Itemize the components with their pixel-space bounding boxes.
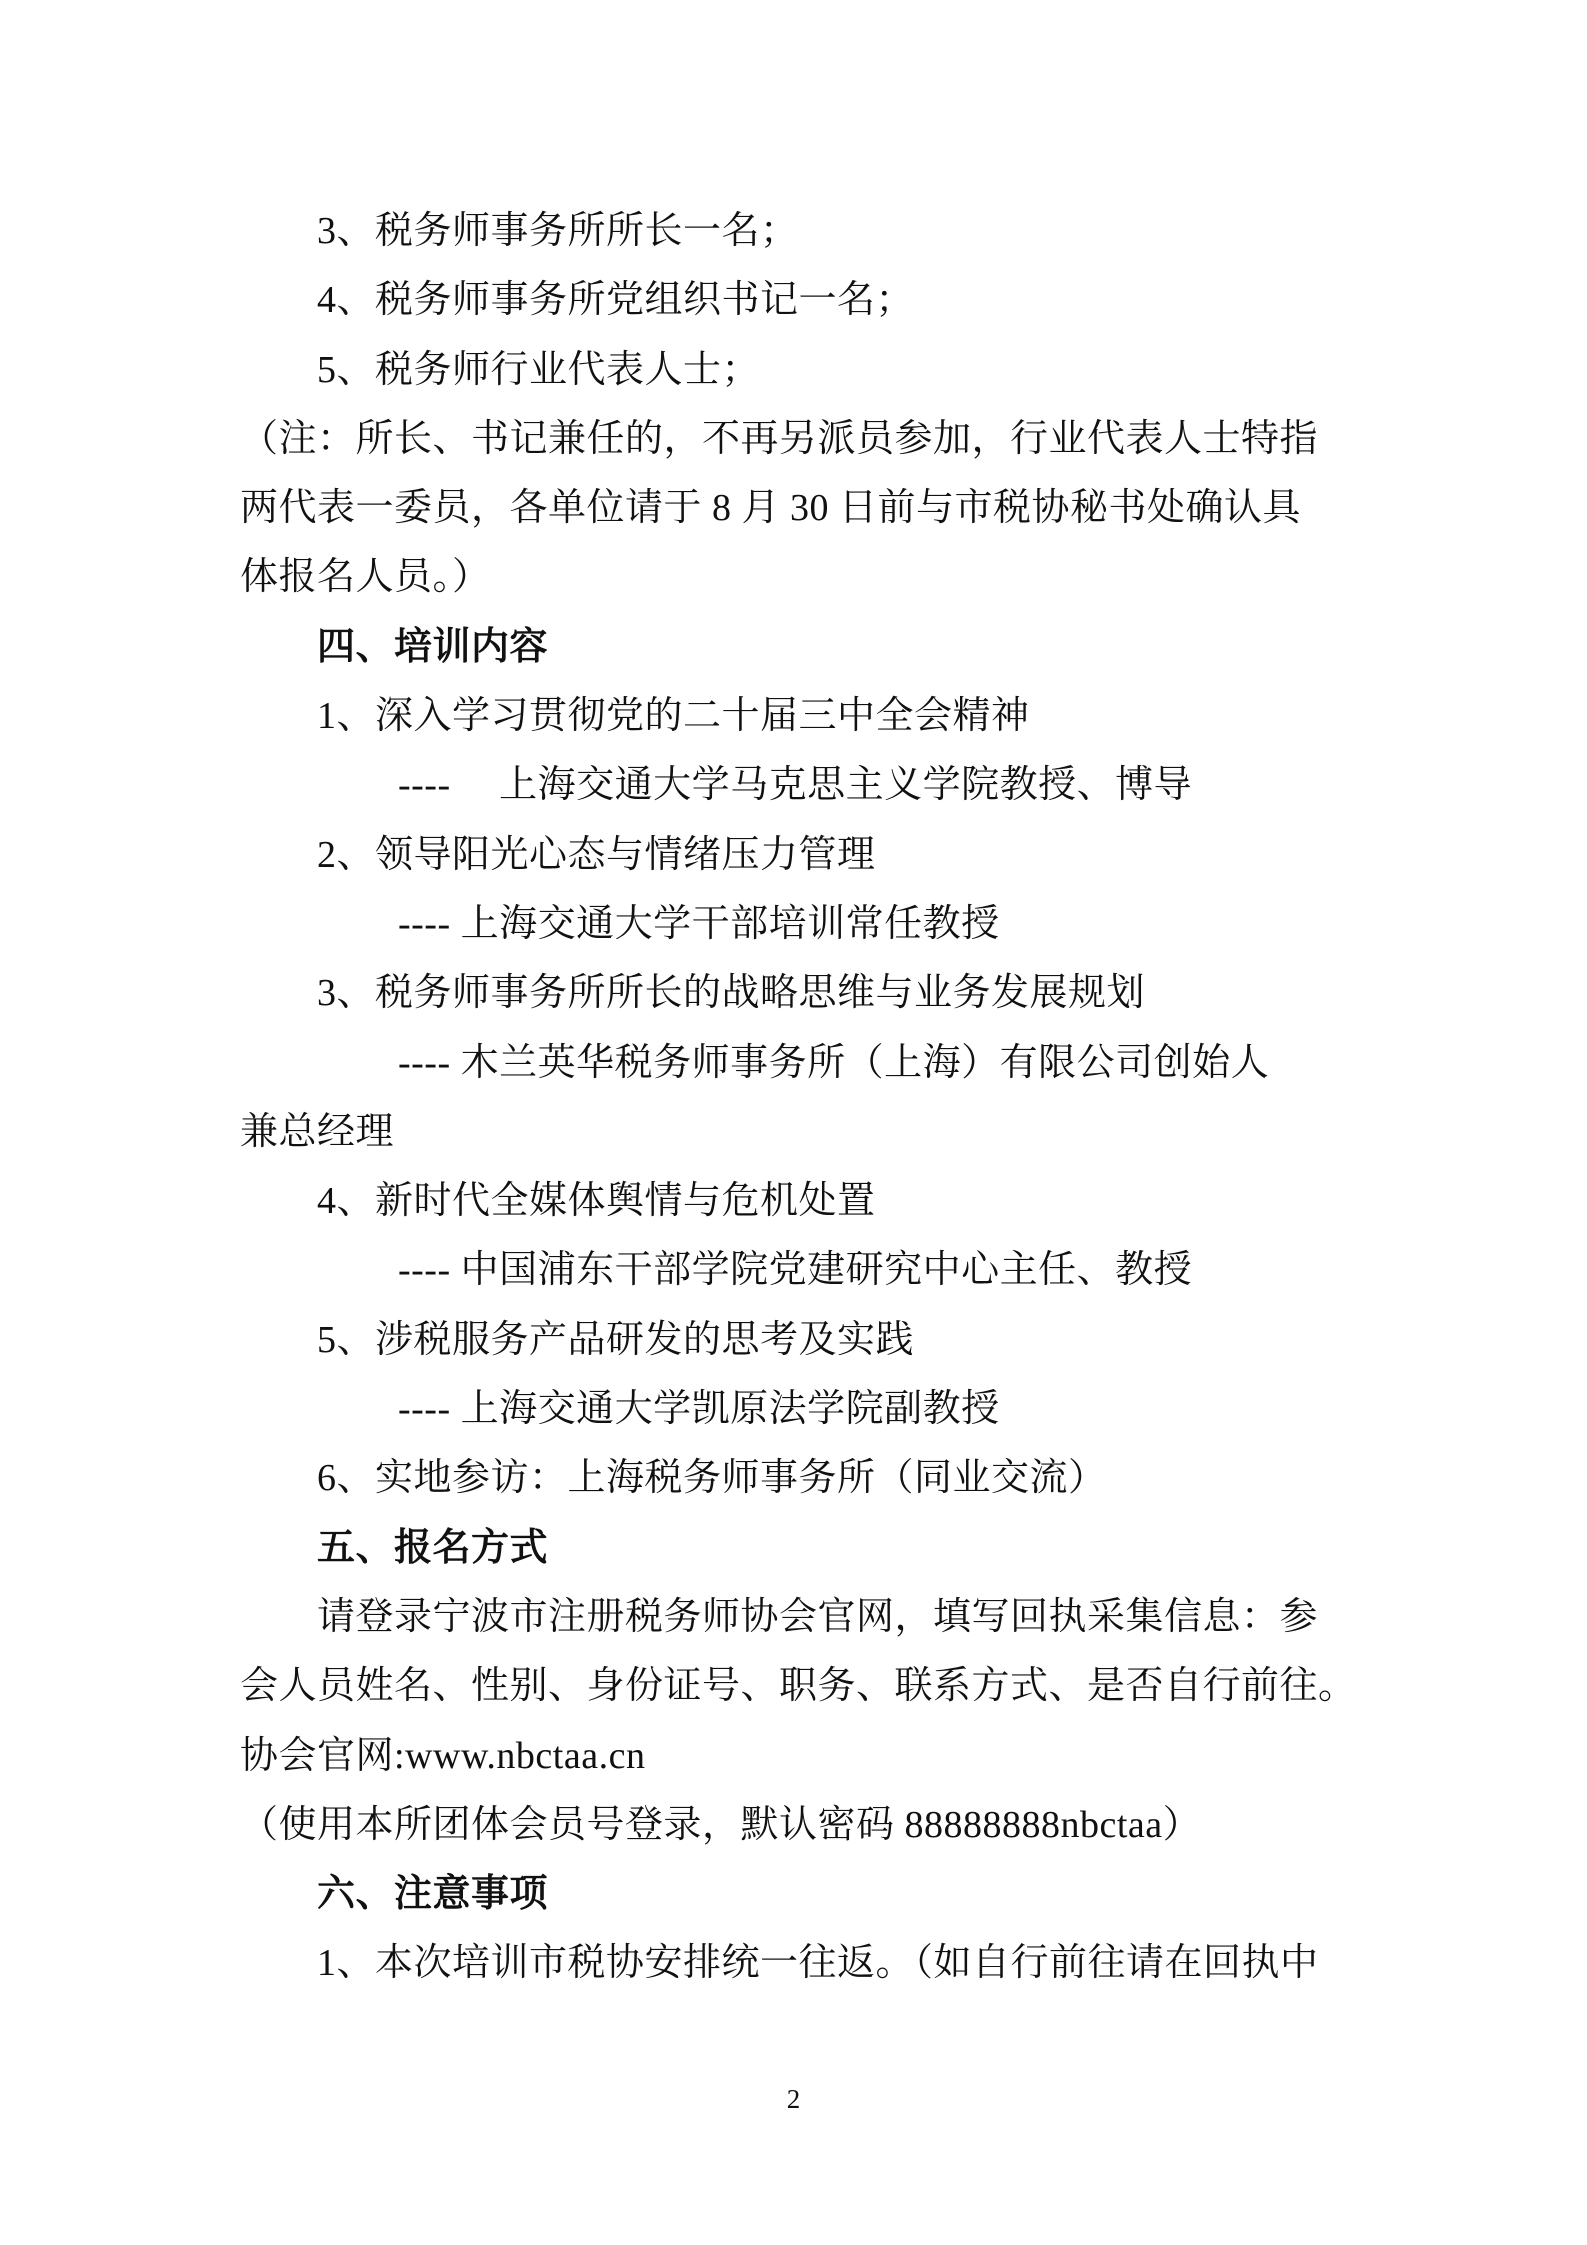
document-line: ---- 上海交通大学凯原法学院副教授 xyxy=(240,1375,1355,1444)
document-line: ---- 木兰英华税务师事务所（上海）有限公司创始人 xyxy=(240,1029,1355,1098)
document-line: 4、税务师事务所党组织书记一名； xyxy=(240,266,1355,335)
document-line: ---- 上海交通大学马克思主义学院教授、博导 xyxy=(240,751,1355,820)
document-line: 1、本次培训市税协安排统一往返。（如自行前往请在回执中 xyxy=(240,1929,1355,1998)
document-line: 6、实地参访：上海税务师事务所（同业交流） xyxy=(240,1444,1355,1513)
document-line: 4、新时代全媒体舆情与危机处置 xyxy=(240,1167,1355,1236)
document-body: 3、税务师事务所所长一名；4、税务师事务所党组织书记一名；5、税务师行业代表人士… xyxy=(240,197,1355,1999)
document-line: （注：所长、书记兼任的，不再另派员参加，行业代表人士特指 xyxy=(240,405,1355,474)
section-heading: 五、报名方式 xyxy=(240,1514,1355,1583)
document-page: 3、税务师事务所所长一名；4、税务师事务所党组织书记一名；5、税务师行业代表人士… xyxy=(0,0,1587,2245)
section-heading: 六、注意事项 xyxy=(240,1860,1355,1929)
document-line: 3、税务师事务所所长一名； xyxy=(240,197,1355,266)
section-heading: 四、培训内容 xyxy=(240,613,1355,682)
document-line: 会人员姓名、性别、身份证号、职务、联系方式、是否自行前往。 xyxy=(240,1652,1355,1721)
document-line: 兼总经理 xyxy=(240,1098,1355,1167)
page-number: 2 xyxy=(0,2083,1587,2115)
document-line: 2、领导阳光心态与情绪压力管理 xyxy=(240,821,1355,890)
document-line: ---- 中国浦东干部学院党建研究中心主任、教授 xyxy=(240,1236,1355,1305)
document-line: 协会官网:www.nbctaa.cn xyxy=(240,1722,1355,1791)
document-line: （使用本所团体会员号登录，默认密码 88888888nbctaa） xyxy=(240,1791,1355,1860)
document-line: 5、涉税服务产品研发的思考及实践 xyxy=(240,1306,1355,1375)
document-line: 体报名人员。） xyxy=(240,543,1355,612)
document-line: 两代表一委员，各单位请于 8 月 30 日前与市税协秘书处确认具 xyxy=(240,474,1355,543)
document-line: 3、税务师事务所所长的战略思维与业务发展规划 xyxy=(240,959,1355,1028)
document-line: ---- 上海交通大学干部培训常任教授 xyxy=(240,890,1355,959)
document-line: 1、深入学习贯彻党的二十届三中全会精神 xyxy=(240,682,1355,751)
document-line: 请登录宁波市注册税务师协会官网，填写回执采集信息：参 xyxy=(240,1583,1355,1652)
document-line: 5、税务师行业代表人士； xyxy=(240,336,1355,405)
